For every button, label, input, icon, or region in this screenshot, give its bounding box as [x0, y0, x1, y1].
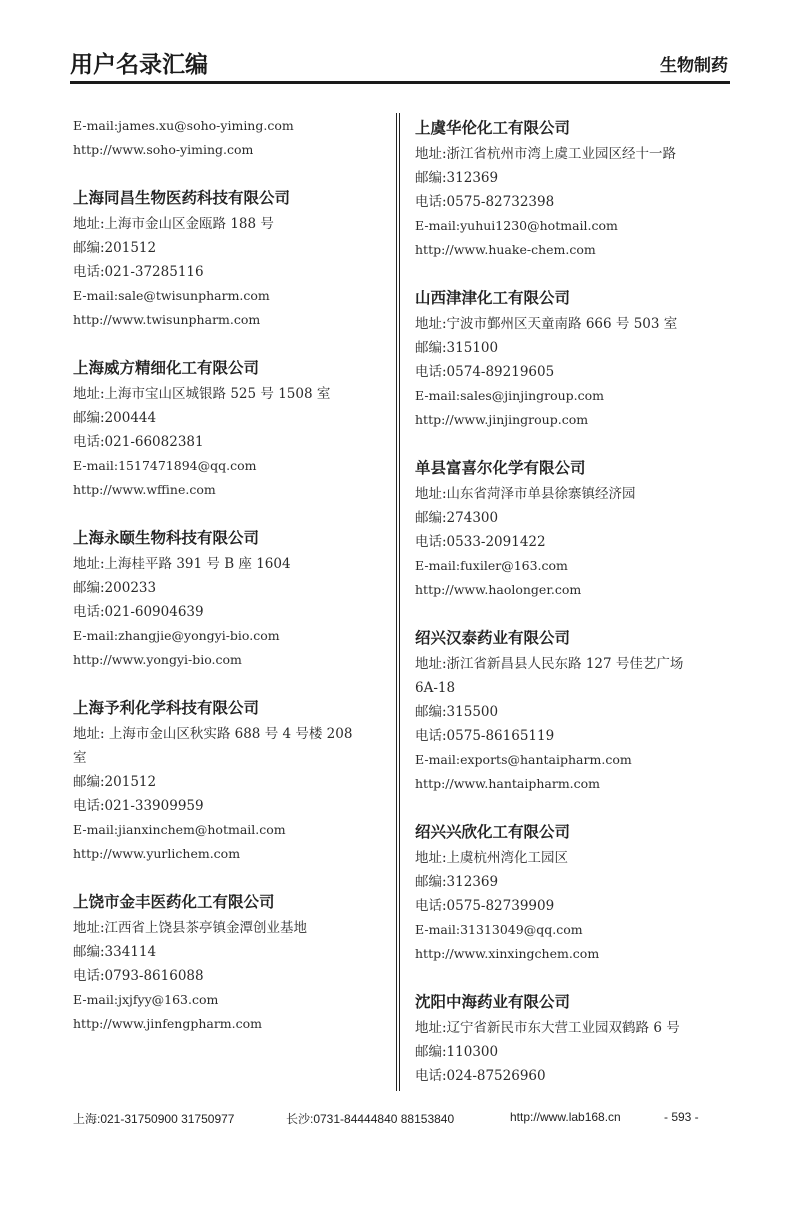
entry-spacer	[415, 432, 735, 454]
company-name: 上海威方精细化工有限公司	[73, 354, 393, 382]
company-name: 山西津津化工有限公司	[415, 284, 735, 312]
company-entry: 上饶市金丰医药化工有限公司地址:江西省上饶县茶亭镇金潭创业基地邮编:334114…	[73, 866, 393, 1036]
left-column: E-mail:james.xu@soho-yiming.comhttp://ww…	[73, 114, 393, 1036]
company-name: 沈阳中海药业有限公司	[415, 988, 735, 1016]
company-entry: 沈阳中海药业有限公司地址:辽宁省新民市东大营工业园双鹤路 6 号邮编:11030…	[415, 966, 735, 1088]
company-email[interactable]: E-mail:james.xu@soho-yiming.com	[73, 114, 393, 138]
footer-website[interactable]: http://www.lab168.cn	[510, 1110, 621, 1124]
entry-spacer	[415, 262, 735, 284]
company-email[interactable]: E-mail:sale@twisunpharm.com	[73, 284, 393, 308]
company-postcode: 邮编:110300	[415, 1040, 735, 1064]
company-phone: 电话:021-66082381	[73, 430, 393, 454]
company-url[interactable]: http://www.jinfengpharm.com	[73, 1012, 393, 1036]
right-column: 上虞华伦化工有限公司地址:浙江省杭州市湾上虞工业园区经十一路邮编:312369电…	[415, 114, 735, 1088]
company-entry: 上海威方精细化工有限公司地址:上海市宝山区城银路 525 号 1508 室邮编:…	[73, 332, 393, 502]
entry-spacer	[73, 162, 393, 184]
company-name: 上虞华伦化工有限公司	[415, 114, 735, 142]
company-address: 地址:上海市金山区金瓯路 188 号	[73, 212, 393, 236]
company-address: 地址:浙江省新昌县人民东路 127 号佳艺广场	[415, 652, 735, 676]
company-name: 绍兴汉泰药业有限公司	[415, 624, 735, 652]
header-title: 用户名录汇编	[70, 46, 208, 79]
entry-spacer	[415, 966, 735, 988]
company-entry: 上海永颐生物科技有限公司地址:上海桂平路 391 号 B 座 1604邮编:20…	[73, 502, 393, 672]
company-url[interactable]: http://www.jinjingroup.com	[415, 408, 735, 432]
company-address: 地址:上虞杭州湾化工园区	[415, 846, 735, 870]
company-postcode: 邮编:312369	[415, 166, 735, 190]
company-postcode: 邮编:312369	[415, 870, 735, 894]
company-name: 上海同昌生物医药科技有限公司	[73, 184, 393, 212]
company-url[interactable]: http://www.soho-yiming.com	[73, 138, 393, 162]
company-postcode: 邮编:201512	[73, 770, 393, 794]
company-url[interactable]: http://www.wffine.com	[73, 478, 393, 502]
company-name: 上海永颐生物科技有限公司	[73, 524, 393, 552]
header-rule	[70, 81, 730, 84]
company-url[interactable]: http://www.haolonger.com	[415, 578, 735, 602]
company-address: 室	[73, 746, 393, 770]
company-name: 上饶市金丰医药化工有限公司	[73, 888, 393, 916]
company-phone: 电话:0533-2091422	[415, 530, 735, 554]
company-email[interactable]: E-mail:jxjfyy@163.com	[73, 988, 393, 1012]
company-email[interactable]: E-mail:fuxiler@163.com	[415, 554, 735, 578]
company-postcode: 邮编:200233	[73, 576, 393, 600]
company-entry: 上虞华伦化工有限公司地址:浙江省杭州市湾上虞工业园区经十一路邮编:312369电…	[415, 114, 735, 262]
company-address: 地址:山东省菏泽市单县徐寨镇经济园	[415, 482, 735, 506]
company-email[interactable]: E-mail:1517471894@qq.com	[73, 454, 393, 478]
company-phone: 电话:0575-86165119	[415, 724, 735, 748]
company-address: 地址:浙江省杭州市湾上虞工业园区经十一路	[415, 142, 735, 166]
header-section: 生物制药	[660, 51, 728, 76]
company-address: 地址:辽宁省新民市东大营工业园双鹤路 6 号	[415, 1016, 735, 1040]
footer-changsha-phone: 长沙:0731-84444840 88153840	[286, 1110, 454, 1127]
company-phone: 电话:0574-89219605	[415, 360, 735, 384]
company-url[interactable]: http://www.yurlichem.com	[73, 842, 393, 866]
company-url[interactable]: http://www.yongyi-bio.com	[73, 648, 393, 672]
company-email[interactable]: E-mail:sales@jinjingroup.com	[415, 384, 735, 408]
company-phone: 电话:0575-82739909	[415, 894, 735, 918]
entry-spacer	[73, 502, 393, 524]
company-postcode: 邮编:315100	[415, 336, 735, 360]
company-url[interactable]: http://www.huake-chem.com	[415, 238, 735, 262]
entry-spacer	[73, 332, 393, 354]
page-number: - 593 -	[664, 1110, 699, 1124]
company-email[interactable]: E-mail:jianxinchem@hotmail.com	[73, 818, 393, 842]
company-phone: 电话:0575-82732398	[415, 190, 735, 214]
company-address: 6A-18	[415, 676, 735, 700]
company-postcode: 邮编:315500	[415, 700, 735, 724]
company-phone: 电话:021-60904639	[73, 600, 393, 624]
company-name: 单县富喜尔化学有限公司	[415, 454, 735, 482]
company-phone: 电话:021-37285116	[73, 260, 393, 284]
company-address: 地址: 上海市金山区秋实路 688 号 4 号楼 208	[73, 722, 393, 746]
company-postcode: 邮编:201512	[73, 236, 393, 260]
company-email[interactable]: E-mail:yuhui1230@hotmail.com	[415, 214, 735, 238]
company-address: 地址:宁波市鄞州区天童南路 666 号 503 室	[415, 312, 735, 336]
company-email[interactable]: E-mail:31313049@qq.com	[415, 918, 735, 942]
company-name: 上海予利化学科技有限公司	[73, 694, 393, 722]
column-divider	[396, 113, 400, 1091]
company-url[interactable]: http://www.xinxingchem.com	[415, 942, 735, 966]
company-phone: 电话:021-33909959	[73, 794, 393, 818]
company-entry: 绍兴兴欣化工有限公司地址:上虞杭州湾化工园区邮编:312369电话:0575-8…	[415, 796, 735, 966]
entry-spacer	[415, 796, 735, 818]
company-email[interactable]: E-mail:exports@hantaipharm.com	[415, 748, 735, 772]
company-entry: 上海予利化学科技有限公司地址: 上海市金山区秋实路 688 号 4 号楼 208…	[73, 672, 393, 866]
company-url[interactable]: http://www.hantaipharm.com	[415, 772, 735, 796]
entry-spacer	[415, 602, 735, 624]
company-email[interactable]: E-mail:zhangjie@yongyi-bio.com	[73, 624, 393, 648]
entry-spacer	[73, 866, 393, 888]
footer-shanghai-phone: 上海:021-31750900 31750977	[73, 1110, 234, 1127]
company-url[interactable]: http://www.twisunpharm.com	[73, 308, 393, 332]
company-postcode: 邮编:274300	[415, 506, 735, 530]
company-phone: 电话:0793-8616088	[73, 964, 393, 988]
company-entry: E-mail:james.xu@soho-yiming.comhttp://ww…	[73, 114, 393, 162]
company-address: 地址:上海桂平路 391 号 B 座 1604	[73, 552, 393, 576]
company-postcode: 邮编:334114	[73, 940, 393, 964]
company-entry: 绍兴汉泰药业有限公司地址:浙江省新昌县人民东路 127 号佳艺广场6A-18邮编…	[415, 602, 735, 796]
company-address: 地址:上海市宝山区城银路 525 号 1508 室	[73, 382, 393, 406]
company-address: 地址:江西省上饶县茶亭镇金潭创业基地	[73, 916, 393, 940]
company-phone: 电话:024-87526960	[415, 1064, 735, 1088]
company-name: 绍兴兴欣化工有限公司	[415, 818, 735, 846]
company-entry: 上海同昌生物医药科技有限公司地址:上海市金山区金瓯路 188 号邮编:20151…	[73, 162, 393, 332]
company-postcode: 邮编:200444	[73, 406, 393, 430]
company-entry: 单县富喜尔化学有限公司地址:山东省菏泽市单县徐寨镇经济园邮编:274300电话:…	[415, 432, 735, 602]
company-entry: 山西津津化工有限公司地址:宁波市鄞州区天童南路 666 号 503 室邮编:31…	[415, 262, 735, 432]
entry-spacer	[73, 672, 393, 694]
